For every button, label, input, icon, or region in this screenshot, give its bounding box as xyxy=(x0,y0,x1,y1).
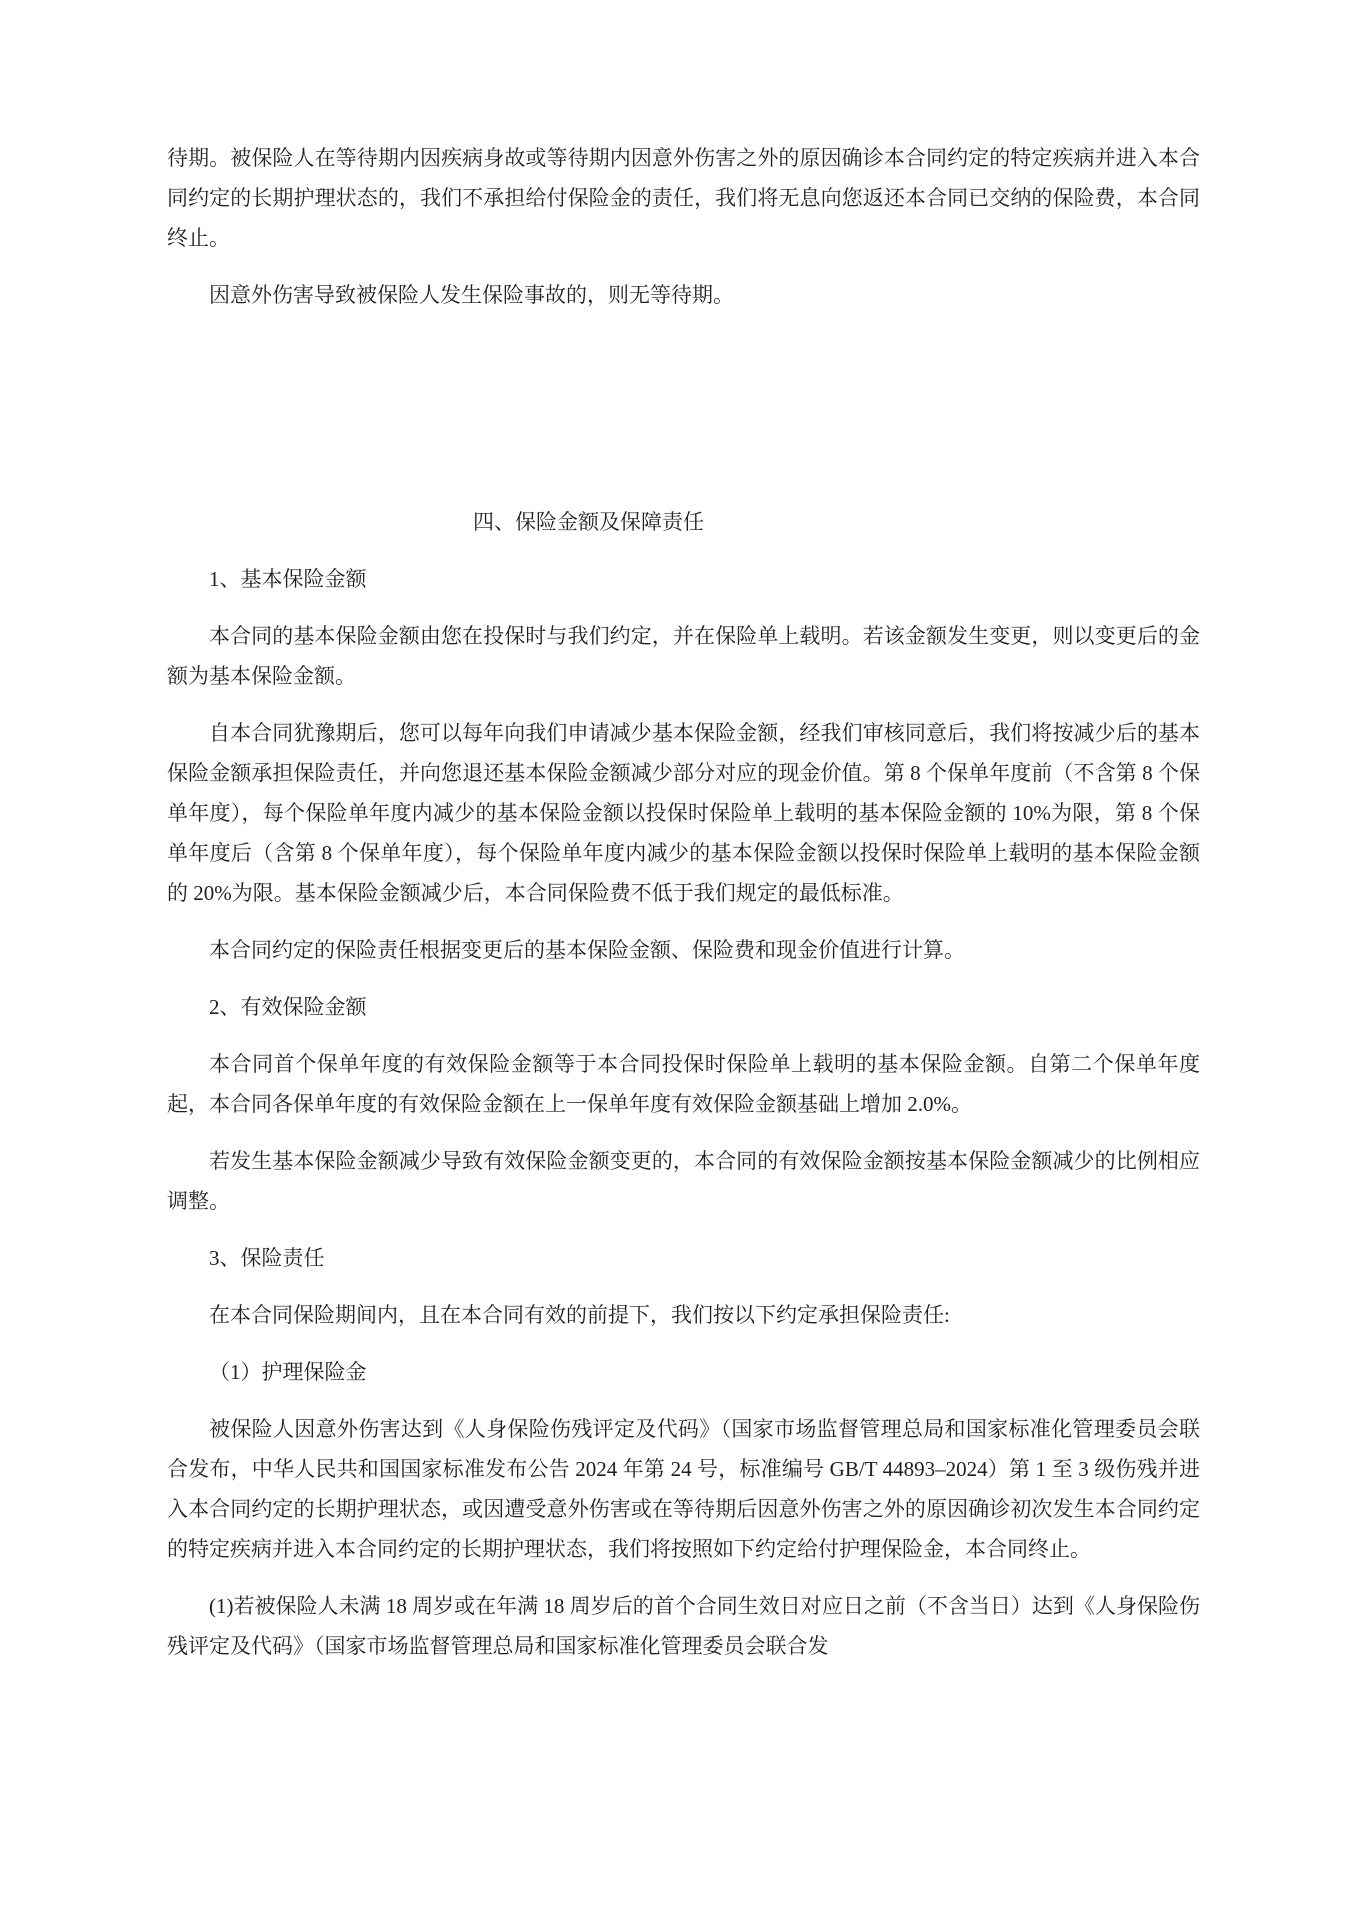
effective-sum-insured-title: 2、有效保险金额 xyxy=(167,987,1200,1027)
care-benefit-paragraph-2: (1)若被保险人未满 18 周岁或在年满 18 周岁后的首个合同生效日对应日之前… xyxy=(167,1586,1200,1666)
insurance-liability-title: 3、保险责任 xyxy=(167,1238,1200,1278)
contract-document-page: 待期。被保险人在等待期内因疾病身故或等待期内因意外伤害之外的原因确诊本合同约定的… xyxy=(0,0,1366,1932)
basic-sum-insured-paragraph-2: 自本合同犹豫期后，您可以每年向我们申请减少基本保险金额，经我们审核同意后，我们将… xyxy=(167,713,1200,913)
care-benefit-paragraph-1: 被保险人因意外伤害达到《人身保险伤残评定及代码》（国家市场监督管理总局和国家标准… xyxy=(167,1409,1200,1569)
section-gap xyxy=(167,332,1200,502)
no-waiting-period-note: 因意外伤害导致被保险人发生保险事故的，则无等待期。 xyxy=(167,275,1200,315)
effective-sum-insured-paragraph-2: 若发生基本保险金额减少导致有效保险金额变更的，本合同的有效保险金额按基本保险金额… xyxy=(167,1141,1200,1221)
basic-sum-insured-paragraph-3: 本合同约定的保险责任根据变更后的基本保险金额、保险费和现金价值进行计算。 xyxy=(167,930,1200,970)
care-benefit-title: （1）护理保险金 xyxy=(167,1352,1200,1392)
basic-sum-insured-paragraph-1: 本合同的基本保险金额由您在投保时与我们约定，并在保险单上载明。若该金额发生变更，… xyxy=(167,616,1200,696)
effective-sum-insured-paragraph-1: 本合同首个保单年度的有效保险金额等于本合同投保时保险单上载明的基本保险金额。自第… xyxy=(167,1044,1200,1124)
insurance-liability-intro: 在本合同保险期间内，且在本合同有效的前提下，我们按以下约定承担保险责任: xyxy=(167,1295,1200,1335)
section-heading: 四、保险金额及保障责任 xyxy=(167,502,1200,542)
continuation-paragraph: 待期。被保险人在等待期内因疾病身故或等待期内因意外伤害之外的原因确诊本合同约定的… xyxy=(167,138,1200,258)
basic-sum-insured-title: 1、基本保险金额 xyxy=(167,559,1200,599)
